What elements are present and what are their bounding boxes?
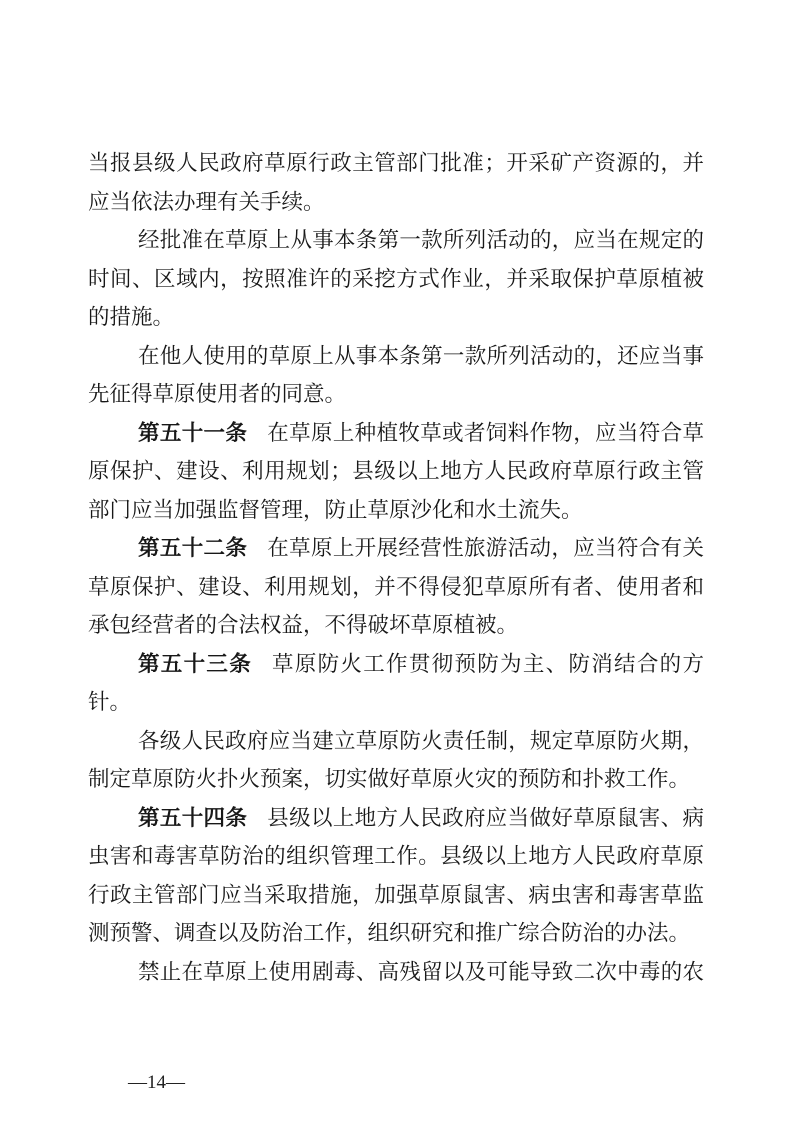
text-line: 部门应当加强监督管理，防止草原沙化和水土流失。	[88, 491, 704, 530]
text-line: 先征得草原使用者的同意。	[88, 375, 704, 414]
text-line: 虫害和毒害草防治的组织管理工作。县级以上地方人民政府草原	[88, 837, 704, 876]
text-line: 第五十四条县级以上地方人民政府应当做好草原鼠害、病	[88, 799, 704, 838]
text-line: 各级人民政府应当建立草原防火责任制，规定草原防火期，	[88, 722, 704, 761]
text-line: 承包经营者的合法权益，不得破坏草原植被。	[88, 606, 704, 645]
line-text: 草原防火工作贯彻预防为主、防消结合的方	[272, 652, 704, 676]
text-line: 制定草原防火扑火预案，切实做好草原火灾的预防和扑救工作。	[88, 760, 704, 799]
text-line: 行政主管部门应当采取措施，加强草原鼠害、病虫害和毒害草监	[88, 876, 704, 915]
article-number-label: 第五十四条	[138, 806, 247, 830]
page-number: —14—	[128, 1071, 185, 1095]
text-block: 当报县级人民政府草原行政主管部门批准；开采矿产资源的，并应当依法办理有关手续。经…	[88, 144, 704, 991]
text-line: 经批准在草原上从事本条第一款所列活动的，应当在规定的	[88, 221, 704, 260]
text-line: 原保护、建设、利用规划；县级以上地方人民政府草原行政主管	[88, 452, 704, 491]
text-line: 禁止在草原上使用剧毒、高残留以及可能导致二次中毒的农	[88, 953, 704, 992]
line-text: 在草原上开展经营性旅游活动，应当符合有关	[267, 536, 704, 560]
text-line: 的措施。	[88, 298, 704, 337]
text-line: 第五十一条在草原上种植牧草或者饲料作物，应当符合草	[88, 414, 704, 453]
article-number-label: 第五十二条	[138, 536, 247, 560]
document-page: 当报县级人民政府草原行政主管部门批准；开采矿产资源的，并应当依法办理有关手续。经…	[0, 0, 793, 1122]
text-line: 时间、区域内，按照准许的采挖方式作业，并采取保护草原植被	[88, 260, 704, 299]
text-line: 在他人使用的草原上从事本条第一款所列活动的，还应当事	[88, 337, 704, 376]
text-line: 草原保护、建设、利用规划，并不得侵犯草原所有者、使用者和	[88, 568, 704, 607]
text-line: 测预警、调查以及防治工作，组织研究和推广综合防治的办法。	[88, 914, 704, 953]
text-line: 应当依法办理有关手续。	[88, 183, 704, 222]
line-text: 在草原上种植牧草或者饲料作物，应当符合草	[267, 421, 704, 445]
text-line: 针。	[88, 683, 704, 722]
line-text: 县级以上地方人民政府应当做好草原鼠害、病	[267, 806, 704, 830]
text-line: 第五十二条在草原上开展经营性旅游活动，应当符合有关	[88, 529, 704, 568]
text-line: 第五十三条草原防火工作贯彻预防为主、防消结合的方	[88, 645, 704, 684]
text-line: 当报县级人民政府草原行政主管部门批准；开采矿产资源的，并	[88, 144, 704, 183]
article-number-label: 第五十三条	[138, 652, 252, 676]
article-number-label: 第五十一条	[138, 421, 247, 445]
